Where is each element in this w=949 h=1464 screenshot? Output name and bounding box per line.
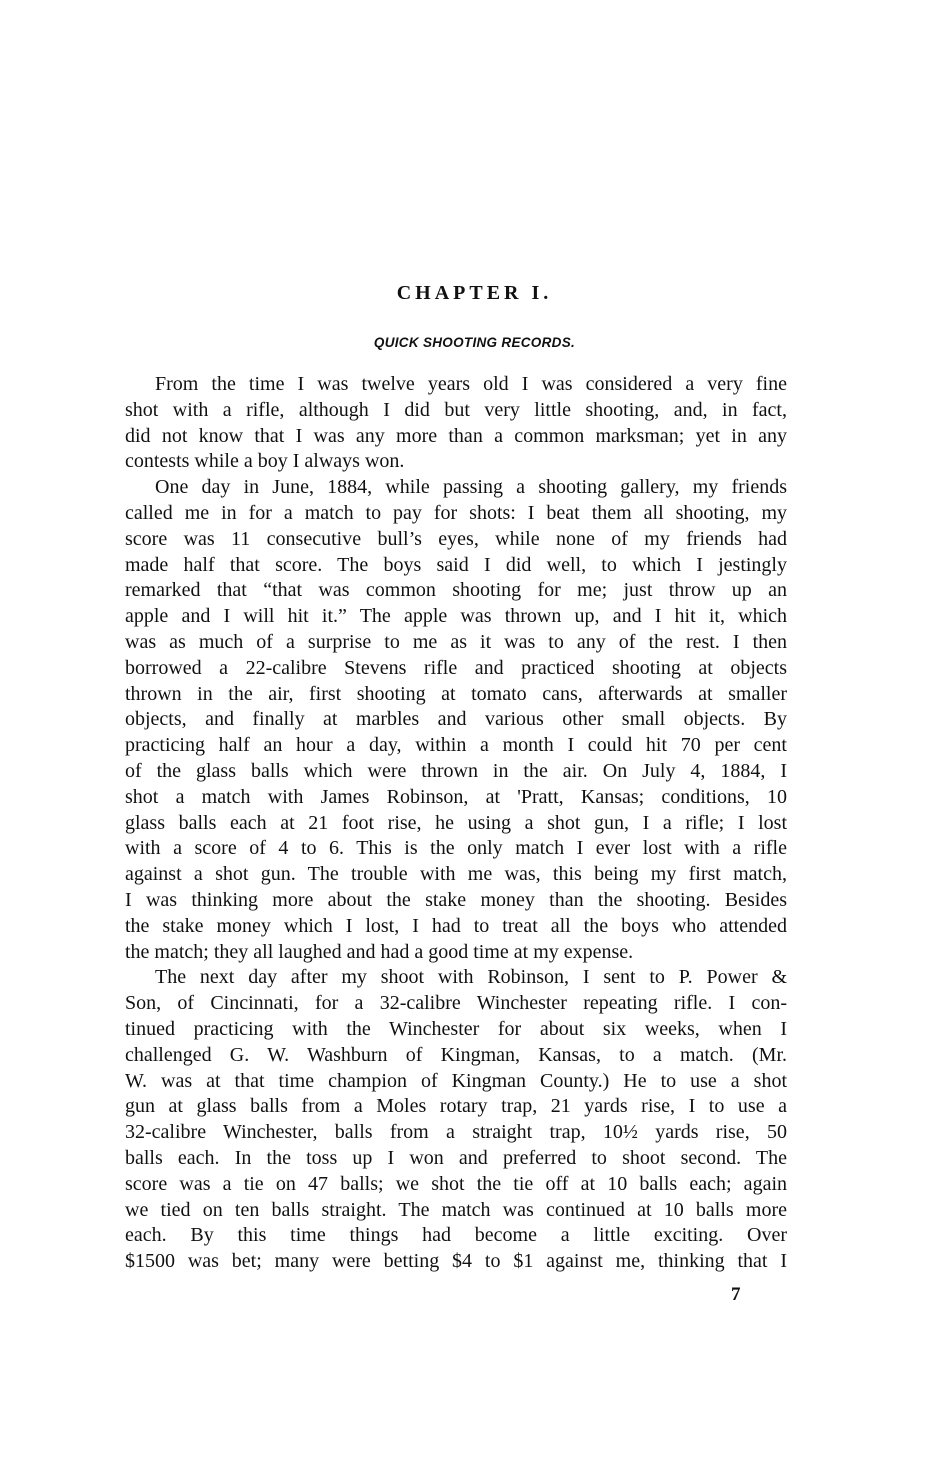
page-number: 7 [731,1284,741,1306]
text-line: W. was at that time champion of Kingman … [125,1069,787,1095]
text-line: I was thinking more about the stake mone… [125,888,787,914]
text-line: $1500 was bet; many were betting $4 to $… [125,1249,787,1275]
text-line: contests while a boy I always won. [125,449,787,475]
text-line: From the time I was twelve years old I w… [125,372,787,398]
text-line: was as much of a surprise to me as it wa… [125,630,787,656]
text-line: shot with a rifle, although I did but ve… [125,398,787,424]
text-line: called me in for a match to pay for shot… [125,501,787,527]
text-line: against a shot gun. The trouble with me … [125,862,787,888]
text-line: with a score of 4 to 6. This is the only… [125,836,787,862]
text-line: 32-calibre Winchester, balls from a stra… [125,1120,787,1146]
text-line: we tied on ten balls straight. The match… [125,1198,787,1224]
text-line: apple and I will hit it.” The apple was … [125,604,787,630]
text-line: One day in June, 1884, while passing a s… [125,475,787,501]
text-line: score was 11 consecutive bull’s eyes, wh… [125,527,787,553]
text-line: gun at glass balls from a Moles rotary t… [125,1094,787,1120]
text-line: remarked that “that was common shooting … [125,578,787,604]
text-line: made half that score. The boys said I di… [125,553,787,579]
text-line: shot a match with James Robinson, at 'Pr… [125,785,787,811]
text-line: objects, and finally at marbles and vari… [125,707,787,733]
paragraph: From the time I was twelve years old I w… [125,372,787,475]
section-title: QUICK SHOOTING RECORDS. [0,335,949,350]
text-line: Son, of Cincinnati, for a 32-calibre Win… [125,991,787,1017]
text-line: practicing half an hour a day, within a … [125,733,787,759]
text-line: each. By this time things had become a l… [125,1223,787,1249]
book-page: CHAPTER I. QUICK SHOOTING RECORDS. From … [0,0,949,1464]
text-line: score was a tie on 47 balls; we shot the… [125,1172,787,1198]
paragraph: The next day after my shoot with Robinso… [125,965,787,1275]
text-line: The next day after my shoot with Robinso… [125,965,787,991]
text-line: did not know that I was any more than a … [125,424,787,450]
text-line: of the glass balls which were thrown in … [125,759,787,785]
text-line: the stake money which I lost, I had to t… [125,914,787,940]
text-line: glass balls each at 21 foot rise, he usi… [125,811,787,837]
paragraph: One day in June, 1884, while passing a s… [125,475,787,965]
text-line: balls each. In the toss up I won and pre… [125,1146,787,1172]
chapter-heading: CHAPTER I. [0,282,949,305]
text-line: challenged G. W. Washburn of Kingman, Ka… [125,1043,787,1069]
text-line: thrown in the air, first shooting at tom… [125,682,787,708]
text-line: tinued practicing with the Winchester fo… [125,1017,787,1043]
body-text: From the time I was twelve years old I w… [125,372,787,1275]
text-line: the match; they all laughed and had a go… [125,940,787,966]
text-line: borrowed a 22-calibre Stevens rifle and … [125,656,787,682]
